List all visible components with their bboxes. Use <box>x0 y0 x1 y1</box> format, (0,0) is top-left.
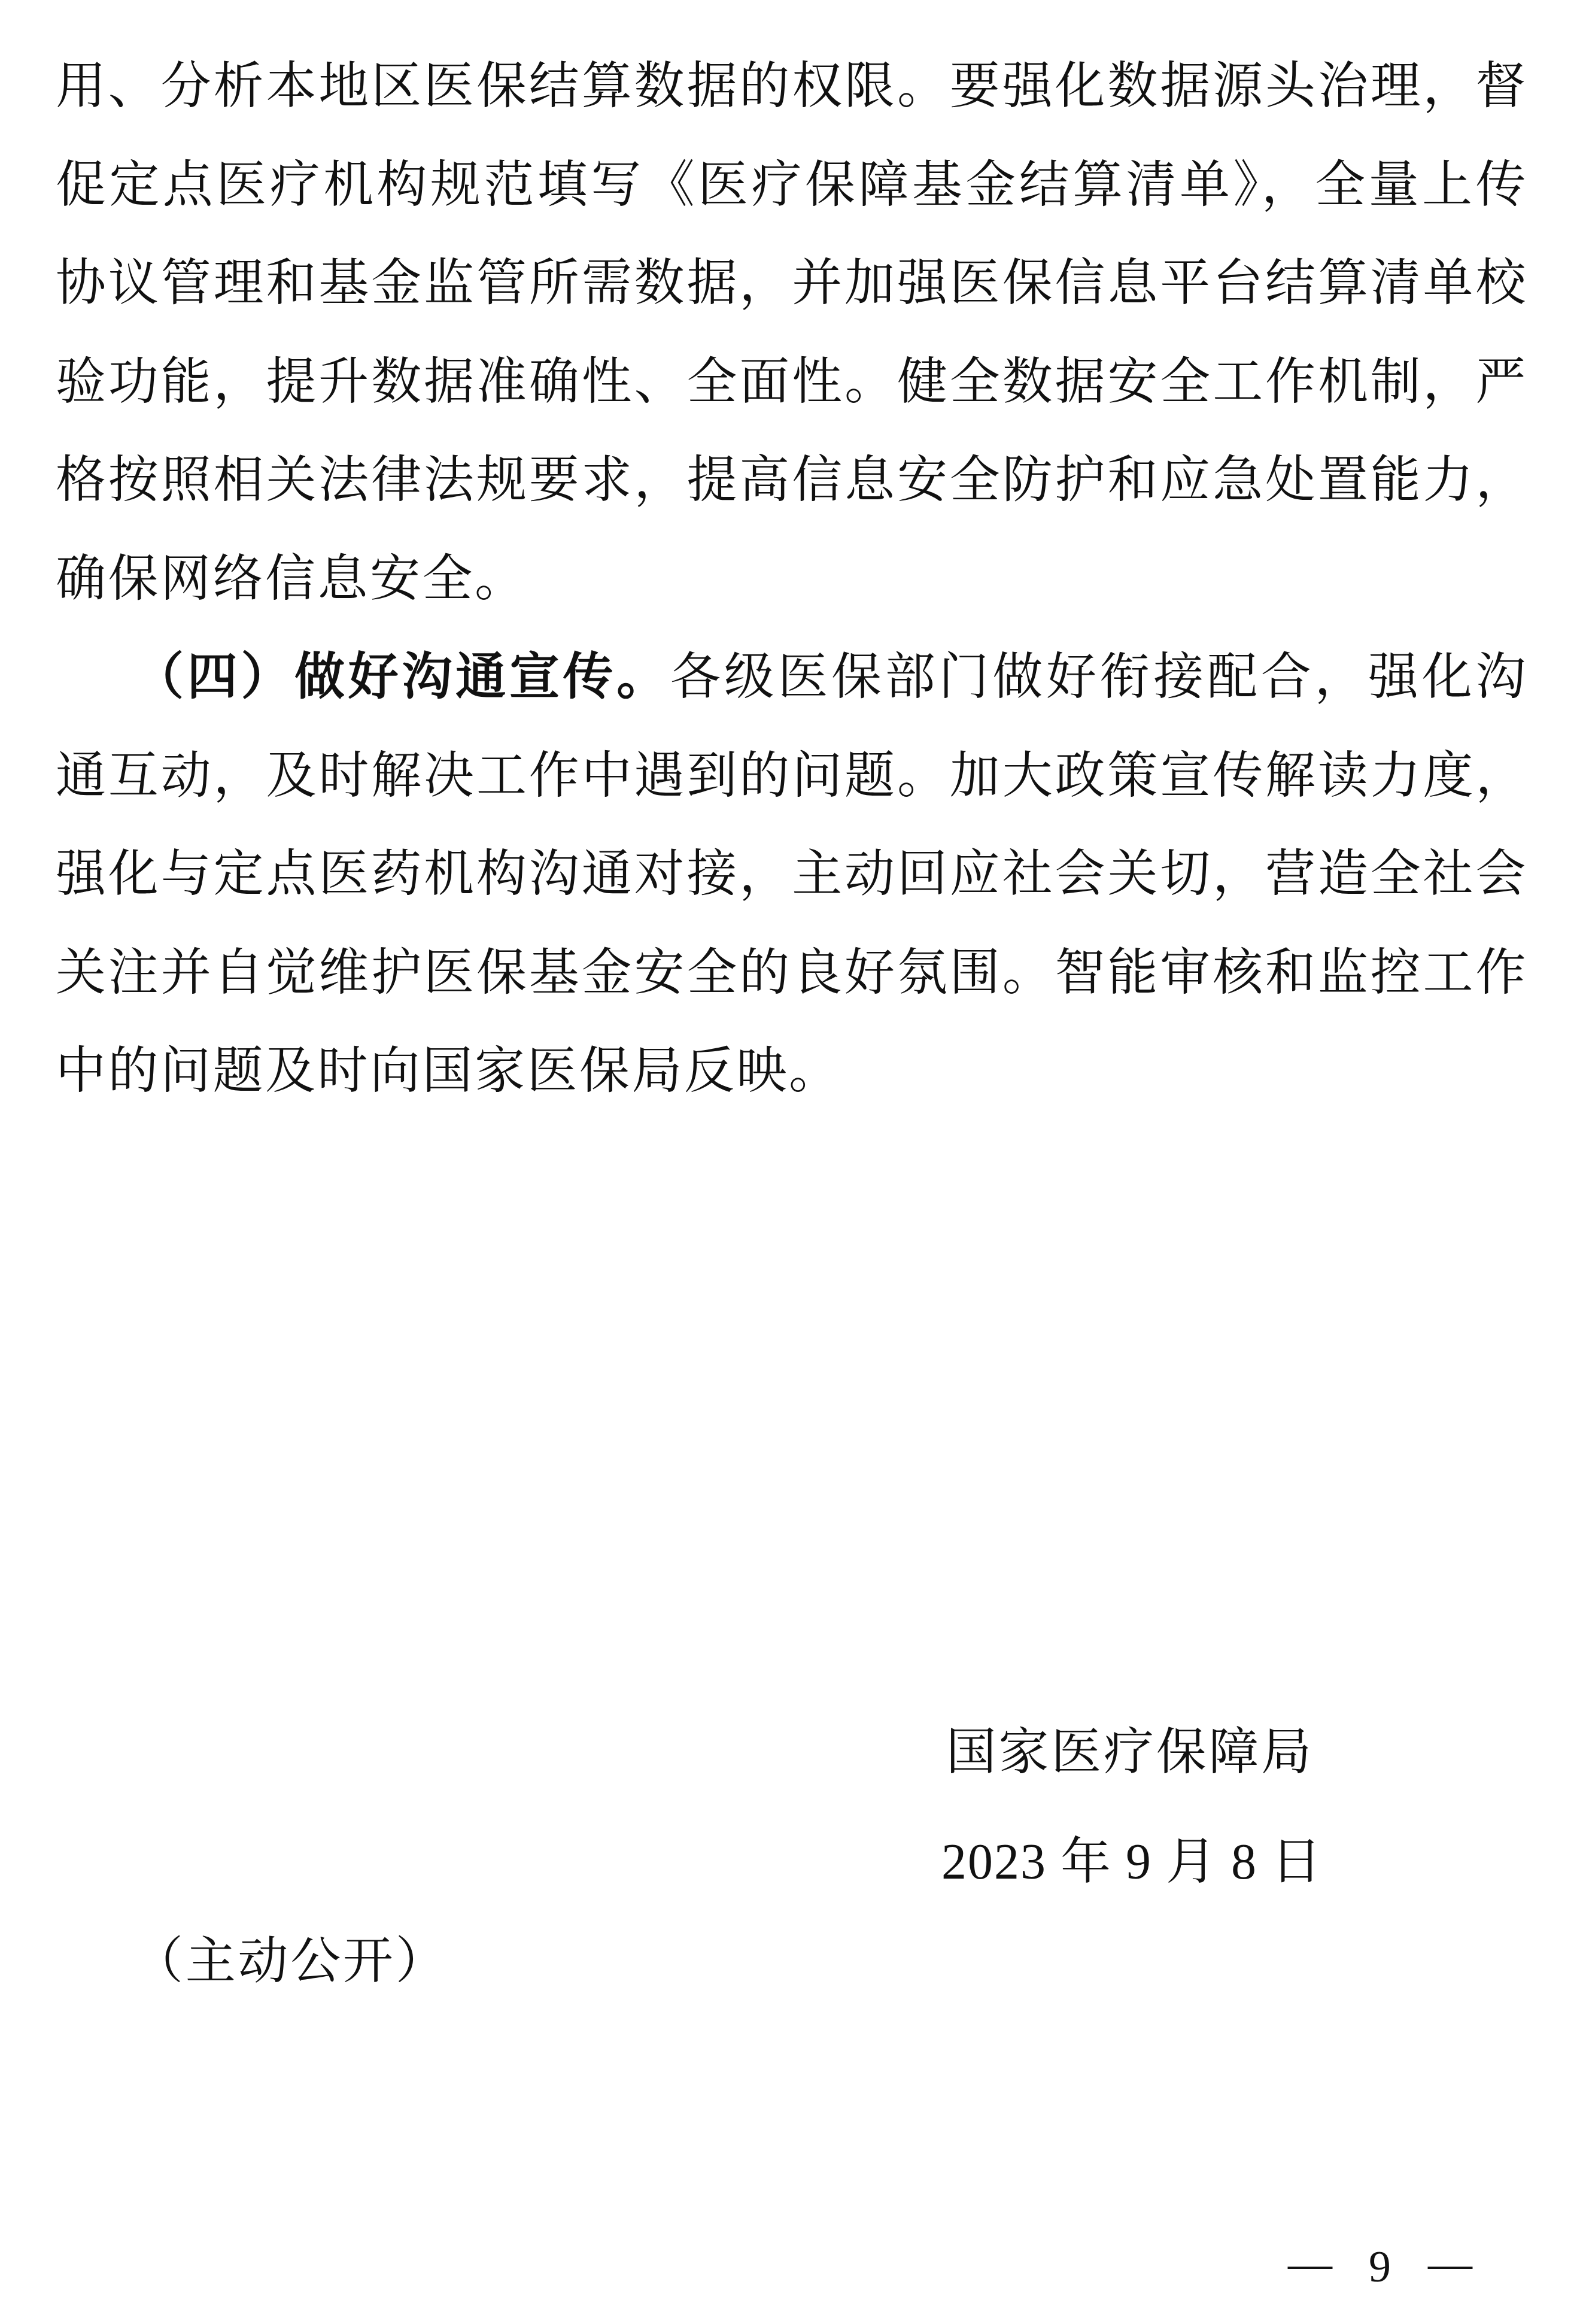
page-number-value: 9 <box>1369 2244 1391 2290</box>
signature-issuer: 国家医疗保障局 <box>946 1704 1314 1803</box>
section-number: （四） <box>133 650 294 705</box>
section-heading-line: （四）做好沟通宣传。各级医保部门做好衔接配合，强化沟 <box>56 629 1528 727</box>
signature-date: 2023 年 9 月 8 日 <box>941 1813 1323 1912</box>
body-line: 关注并自觉维护医保基金安全的良好氛围。智能审核和监控工作 <box>56 924 1528 1023</box>
disclosure-label: （主动公开） <box>133 1913 448 2011</box>
page-number-right-dash: — <box>1428 2241 1472 2286</box>
body-line: 用、分析本地区医保结算数据的权限。要强化数据源头治理，督 <box>56 38 1528 136</box>
body-line-text: 各级医保部门做好衔接配合，强化沟 <box>670 650 1528 705</box>
document-page: 用、分析本地区医保结算数据的权限。要强化数据源头治理，督 促定点医疗机构规范填写… <box>0 0 1583 2324</box>
page-number-left-dash: — <box>1288 2241 1332 2286</box>
body-line: 强化与定点医药机构沟通对接，主动回应社会关切，营造全社会 <box>56 826 1528 924</box>
body-line: 格按照相关法律法规要求，提高信息安全防护和应急处置能力， <box>56 432 1528 530</box>
section-heading: （四）做好沟通宣传。 <box>133 650 670 705</box>
body-line: 协议管理和基金监管所需数据，并加强医保信息平台结算清单校 <box>56 235 1528 333</box>
body-line-last: 确保网络信息安全。 <box>56 530 1528 629</box>
body-line: 通互动，及时解决工作中遇到的问题。加大政策宣传解读力度， <box>56 727 1528 826</box>
section-title: 做好沟通宣传。 <box>294 650 670 705</box>
body-line: 验功能，提升数据准确性、全面性。健全数据安全工作机制，严 <box>56 333 1528 432</box>
document-body: 用、分析本地区医保结算数据的权限。要强化数据源头治理，督 促定点医疗机构规范填写… <box>56 38 1528 1121</box>
body-line: 促定点医疗机构规范填写《医疗保障基金结算清单》，全量上传 <box>56 136 1528 235</box>
body-line-last: 中的问题及时向国家医保局反映。 <box>56 1023 1528 1121</box>
